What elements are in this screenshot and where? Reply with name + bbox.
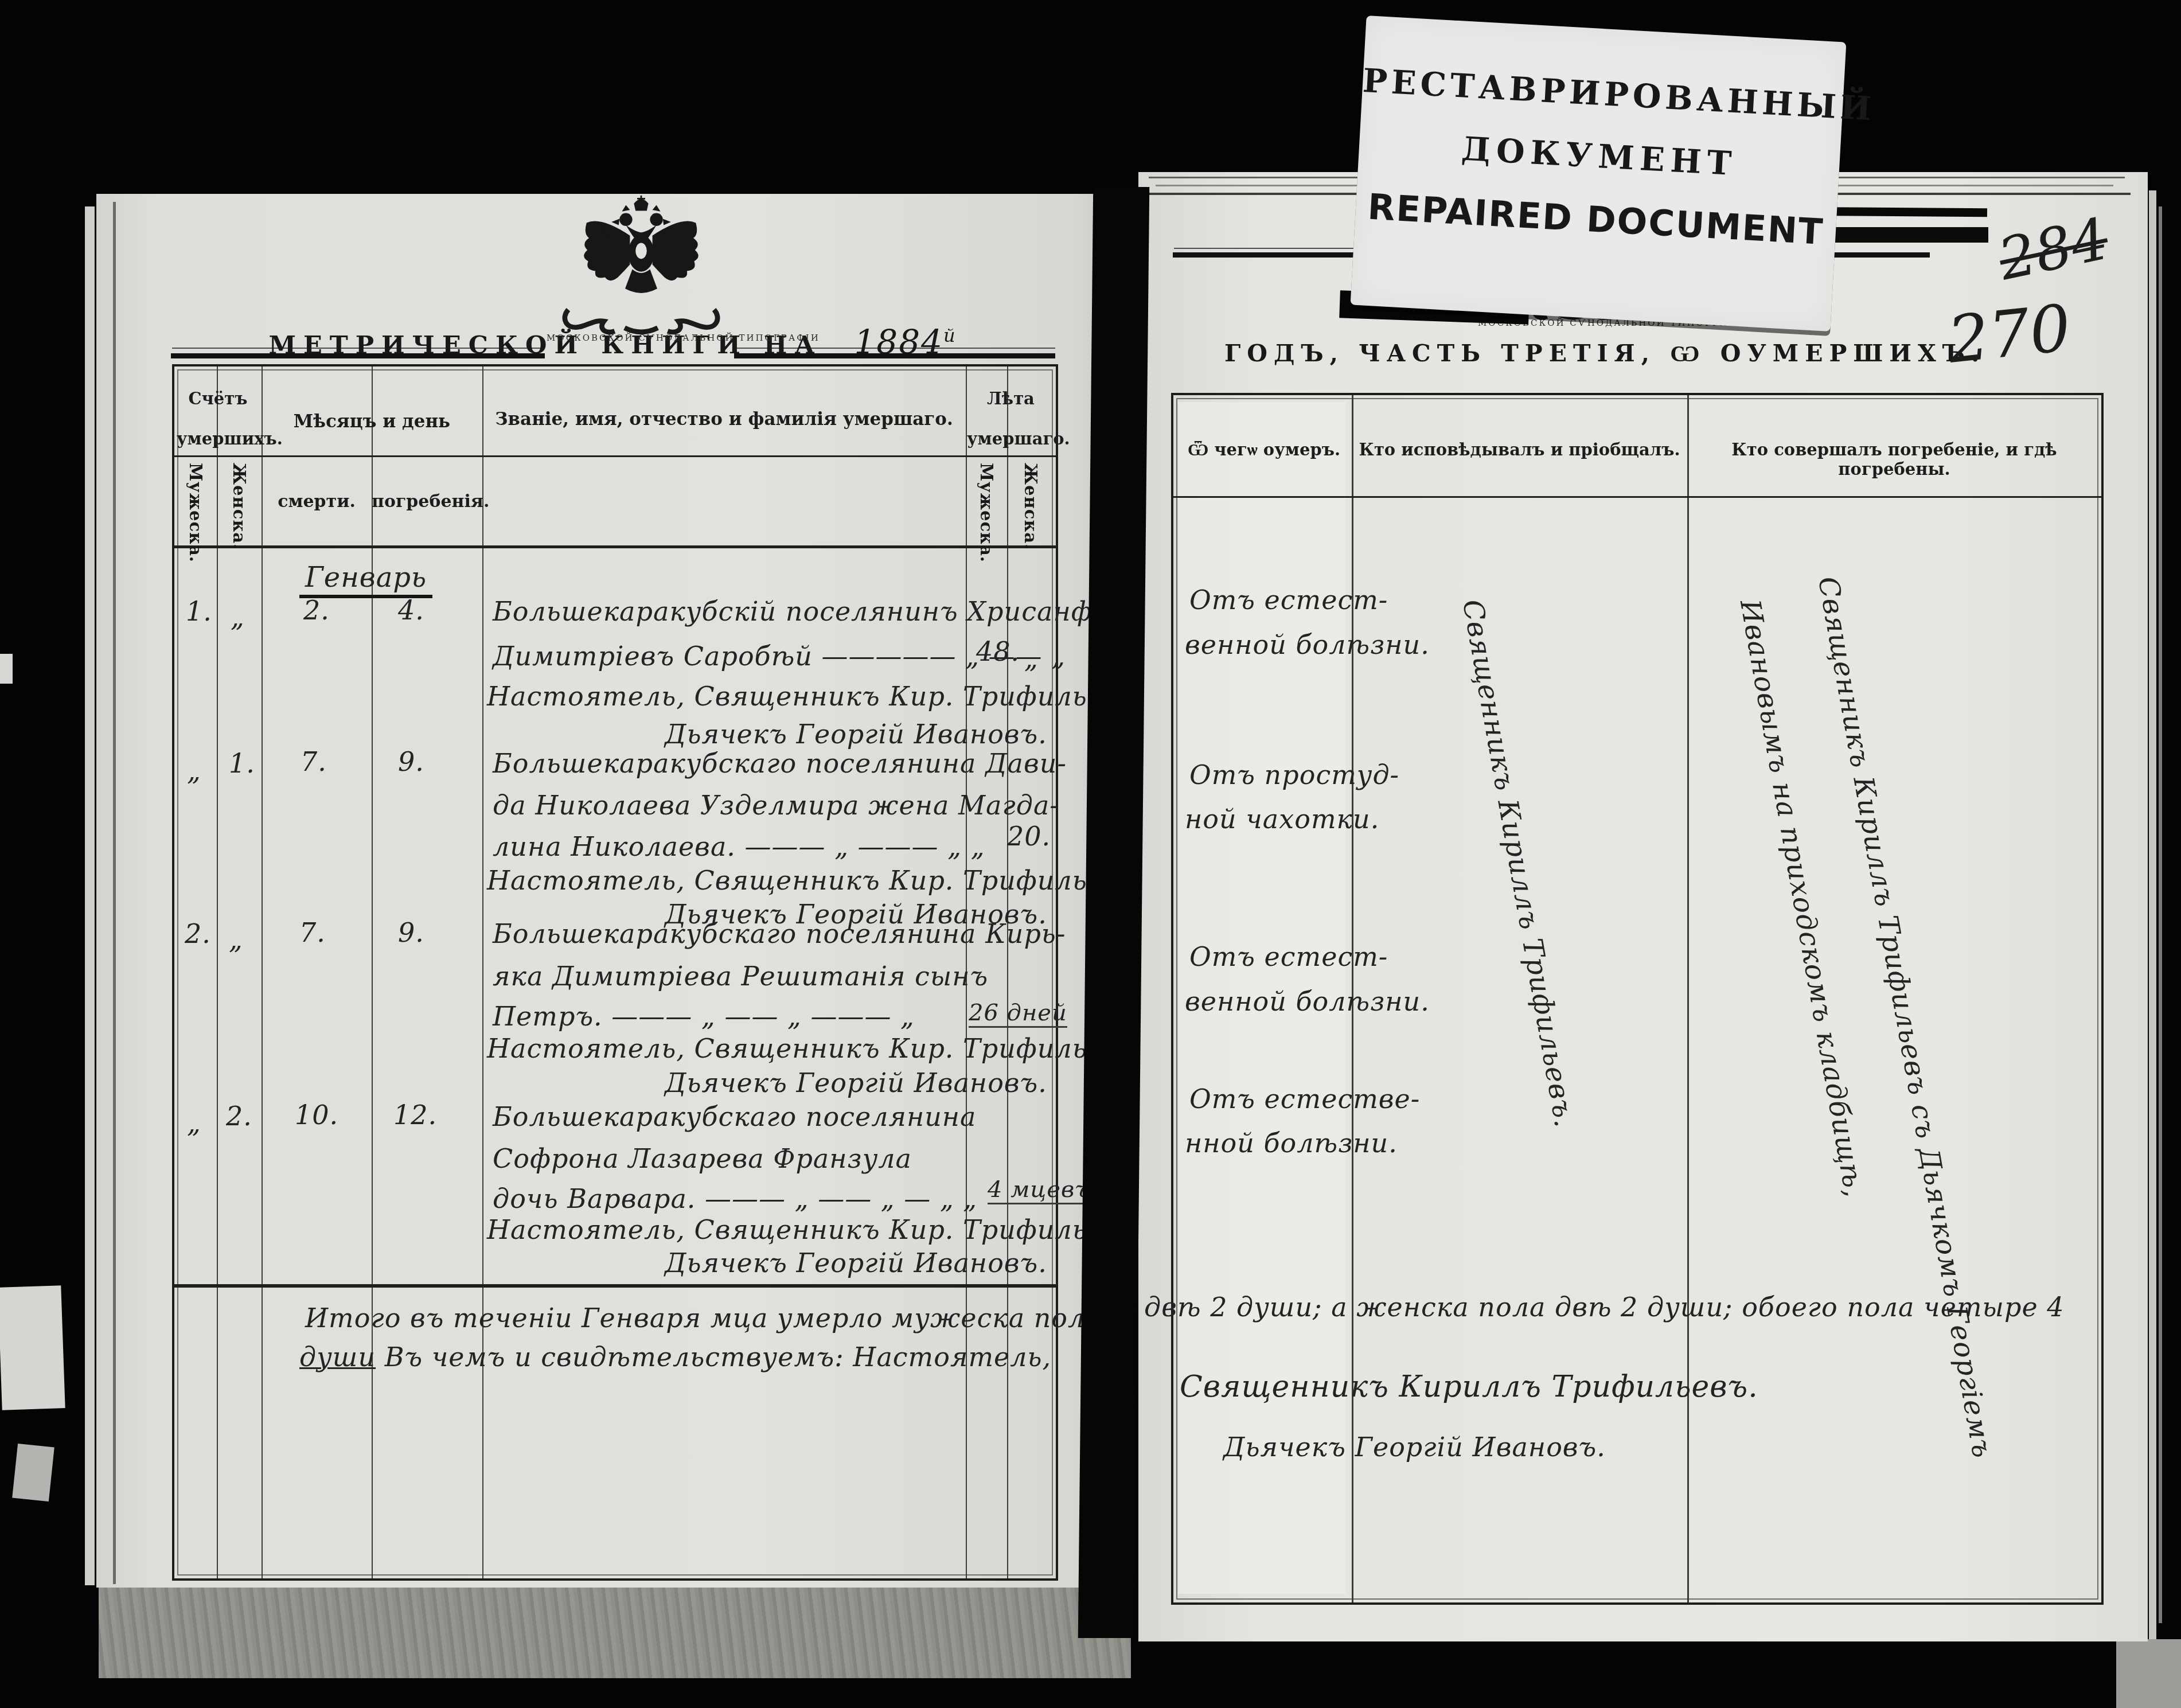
page-stack-edge-right (2149, 190, 2156, 1639)
paper-fragment (0, 654, 13, 684)
entry-name-line: Большекаракубскій поселянинъ Хрисанфъ (493, 596, 1110, 627)
double-headed-eagle-icon (573, 194, 709, 306)
entry-age-female: „ (1024, 643, 1039, 674)
page-number: 270 (1945, 291, 2074, 378)
cause-line: ной чахотки. (1185, 804, 1379, 834)
entry-attestation: Настоятель, Священникъ Кир. Трифильевъ. (487, 865, 1146, 896)
col-header-age: Лѣта умершаго. (967, 379, 1055, 459)
col-header-age-male: Мужеска. (977, 463, 996, 563)
entry-count-male: „ (187, 1108, 201, 1138)
entry-burial-day: 9. (398, 917, 424, 948)
paper-fragment (0, 1285, 65, 1410)
cause-line: Отъ простуд- (1189, 759, 1399, 790)
cause-line: Отъ естестве- (1189, 1083, 1420, 1114)
col-header-confessor: Кто исповѣдывалъ и пріобщалъ. (1352, 440, 1687, 459)
page-stack-shadow-right (2159, 206, 2162, 1623)
repaired-document-card: РЕСТАВРИРОВАННЫЙ ДОКУМЕНТ REPAIRED DOCUM… (1351, 15, 1847, 332)
entry-count-female: „ (229, 924, 243, 955)
right-register-table: Ѿ чегѡ оумеръ. Кто исповѣдывалъ и пріобщ… (1171, 393, 2104, 1605)
col-header-count-female: Женска. (229, 463, 249, 550)
entry-age-female: 20. (1007, 821, 1051, 852)
title-year-handwritten: 1884й (854, 322, 956, 361)
entry-name-line: Петръ. ——— „ —— „ ——— „ (493, 1001, 915, 1032)
header-row-line (174, 455, 1056, 457)
entry-name-line: Большекаракубскаго поселянина (493, 1101, 977, 1132)
col-header-month-day: Мѣсяцъ и день (262, 411, 482, 432)
page-stack-shadow-left (113, 202, 116, 1584)
cause-line: венной болѣзни. (1185, 629, 1430, 660)
cause-line: Отъ естест- (1189, 941, 1388, 972)
ribbon-label: МОСКОВСКОЙ СѴНОДАЛЬНОЙ ТИПОГРАФІИ (547, 333, 736, 343)
confessor-signature: Священникъ Кириллъ Трифильевъ. (1456, 597, 1581, 1130)
header-row-line (1173, 496, 2101, 498)
left-register-table: Счётъ умершихъ. Мѣсяцъ и день Званіе, им… (172, 364, 1058, 1581)
column-line (1687, 395, 1689, 1602)
right-page-title: ГОДЪ, ЧАСТЬ ТРЕТІЯ, Ѡ ОУМЕРШИХЪ. (1224, 340, 1958, 367)
entry-attestation: Дьячекъ Георгій Ивановъ. (665, 719, 1047, 750)
cause-line: нной болѣзни. (1185, 1128, 1398, 1159)
entry-count-female: 2. (226, 1101, 252, 1132)
entry-age-note: 26 дней (969, 1000, 1067, 1028)
entry-name-line: Большекаракубскаго поселянина Дави- (493, 748, 1067, 779)
book-cover-edge (99, 1588, 1131, 1678)
right-page: 284 270 (1138, 172, 2148, 1641)
left-page: МОСКОВСКОЙ СѴНОДАЛЬНОЙ ТИПОГРАФІИ МЕТРИЧ… (96, 194, 1113, 1588)
col-header-age-female: Женска. (1021, 463, 1040, 550)
summary-sexton-signature: Дьячекъ Георгій Ивановъ. (1223, 1432, 1606, 1463)
entry-age-male: 48. (976, 636, 1020, 667)
month-header: Генварь (299, 561, 432, 598)
burial-signature-line: Священникъ Кириллъ Трифильевъ съ Дьячком… (1812, 574, 1999, 1461)
entry-name-line: лина Николаева. ——— „ ——— „ „ (493, 831, 985, 862)
entry-attestation: Настоятель, Священникъ Кир. Трифильевъ. (487, 681, 1146, 712)
entry-count-female: 1. (229, 748, 255, 779)
cause-line: венной болѣзни. (1185, 986, 1430, 1017)
summary-line: Итого въ теченіи Генваря мца умерло муже… (305, 1303, 1102, 1333)
entry-attestation: Дьячекъ Георгій Ивановъ. (665, 1067, 1047, 1098)
col-header-count-male: Мужеска. (186, 463, 205, 563)
summary-line: души Въ чемъ и свидѣтельствуемъ: Настоят… (299, 1342, 1051, 1372)
ribbon-icon (555, 306, 727, 336)
entry-name-line: да Николаева Узделмира жена Магда- (493, 790, 1059, 821)
entry-death-day: 7. (301, 746, 327, 777)
col-header-death-day: смерти. (262, 492, 372, 512)
entry-death-day: 2. (303, 595, 330, 626)
scanned-register-spread: МОСКОВСКОЙ СѴНОДАЛЬНОЙ ТИПОГРАФІИ МЕТРИЧ… (0, 0, 2181, 1708)
page-stack-edge-left (85, 206, 95, 1585)
paper-fragment (12, 1444, 54, 1502)
entry-attestation: Дьячекъ Георгій Ивановъ. (665, 1247, 1047, 1278)
col-header-cause: Ѿ чегѡ оумеръ. (1178, 440, 1350, 460)
card-label-en: REPAIRED DOCUMENT (1355, 185, 1837, 254)
page-number-crossed: 284 (1993, 205, 2114, 293)
entry-death-day: 7. (299, 917, 326, 948)
col-header-burial: Кто совершалъ погребеніе, и гдѣ погребен… (1687, 440, 2101, 479)
card-label-ru: РЕСТАВРИРОВАННЫЙ (1362, 61, 1844, 127)
cause-line: Отъ естест- (1189, 584, 1388, 615)
entry-count-male: „ (187, 755, 201, 786)
entry-count-male: 2. (185, 918, 211, 949)
header-row-line (174, 545, 1056, 548)
summary-continuation: двѣ 2 души; а женска пола двѣ 2 души; об… (1144, 1292, 2065, 1323)
entry-name-line: Софрона Лазарева Франзула (493, 1143, 912, 1174)
entry-age-female: 4 мцевъ (988, 1176, 1091, 1204)
summary-priest-signature: Священникъ Кириллъ Трифильевъ. (1180, 1370, 1758, 1404)
imperial-eagle-emblem: МОСКОВСКОЙ СѴНОДАЛЬНОЙ ТИПОГРАФІИ (547, 194, 736, 343)
summary-separator-line (174, 1284, 1056, 1288)
col-header-burial-day: погребенія. (372, 492, 482, 512)
entry-death-day: 10. (295, 1099, 338, 1130)
col-header-count: Счётъ умершихъ. (177, 379, 259, 459)
entry-name-line: яка Димитріева Решитанія сынъ (493, 961, 988, 992)
entry-count-male: 1. (186, 596, 212, 627)
entry-burial-day: 4. (398, 595, 424, 626)
entry-attestation: Настоятель, Священникъ Кир. Трифильевъ. (487, 1214, 1146, 1245)
col-header-person: Званіе, имя, отчество и фамилія умершаго… (482, 409, 966, 430)
card-label-ru: ДОКУМЕНТ (1358, 124, 1840, 189)
entry-count-female: „ (231, 602, 245, 633)
cover-corner (2116, 1639, 2181, 1708)
entry-attestation: Настоятель, Священникъ Кир. Трифильевъ. (487, 1033, 1146, 1064)
entry-name-line: Большекаракубскаго поселянина Кирь- (493, 918, 1066, 949)
entry-name-line: дочь Варвара. ——— „ —— „ — „ „ (493, 1183, 977, 1214)
entry-burial-day: 12. (393, 1099, 437, 1130)
entry-burial-day: 9. (398, 746, 424, 777)
